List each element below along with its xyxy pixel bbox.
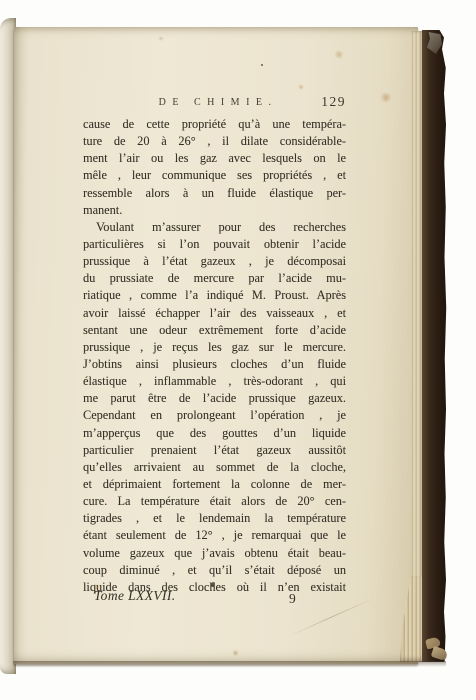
text-line: cure. La température était alors de 20° … [83, 493, 346, 510]
text-line: m’apperçus que des gouttes d’un liquide [83, 425, 346, 442]
clasp-remnant [424, 636, 448, 662]
text-line: qu’elles arrivaient au sommet de la cloc… [83, 459, 346, 476]
running-title: DE CHIMIE. [159, 97, 278, 108]
text-line: particulières si l’on pouvait obtenir l’… [83, 236, 346, 253]
text-line: élastique , inflammable , très-odorant ,… [83, 373, 346, 390]
text-line: Voulant m’assurer pour des recherches [83, 219, 346, 236]
page-header: DE CHIMIE. 129 [83, 97, 346, 113]
text-line: mêle , leur communique ses propriétés , … [83, 167, 346, 184]
text-line: coup diminué , et qu’il s’était déposé u… [83, 562, 346, 579]
text-line: prussique à l’état gazeux , je décomposa… [83, 253, 346, 270]
page-number: 129 [321, 94, 346, 110]
text-line: ment l’air ou les gaz avec lesquels on l… [83, 150, 346, 167]
foxing-spot [93, 584, 101, 591]
text-line: J’obtins ainsi plusieurs cloches d’un fl… [83, 356, 346, 373]
page-shadow [13, 661, 446, 667]
text-line: tigrades , et le lendemain la températur… [83, 510, 346, 527]
text-line: riatique , comme l’a indiqué M. Proust. … [83, 287, 346, 304]
signature-number: 9 [289, 591, 296, 607]
text-line: particulier prenaient l’état gazeux auss… [83, 442, 346, 459]
page-footer: Tome LXXVII. 9 [83, 588, 346, 608]
foxing-spot [158, 36, 164, 41]
text-line: avoir laissé échapper l’air des vaisseau… [83, 305, 346, 322]
text-line: sentant une odeur extrêmement forte d’ac… [83, 322, 346, 339]
text-line: prussique , je reçus les gaz sur le merc… [83, 339, 346, 356]
book-photo: DE CHIMIE. 129 cause de cette propriété … [0, 0, 476, 700]
text-line: volume gazeux que j’avais obtenu était b… [83, 545, 346, 562]
text-line: et déprimaient fortement la colonne de m… [83, 476, 346, 493]
text-block: cause de cette propriété qu’à une tempér… [83, 116, 346, 596]
foxing-spot [298, 84, 304, 90]
volume-label: Tome LXXVII. [94, 588, 176, 604]
book-cover-edge [422, 30, 447, 662]
text-line: ressemble alors à un fluide élastique pe… [83, 185, 346, 202]
foxing-spot [334, 50, 344, 59]
text-line: Cependant en prolongeant l’opération , j… [83, 407, 346, 424]
text-line: étant seulement de 12° , je remarquai qu… [83, 527, 346, 544]
clasp-fragment [431, 646, 449, 661]
text-line: me parut être de l’acide prussique gazeu… [83, 390, 346, 407]
foxing-spot [380, 92, 392, 103]
foxing-spot [232, 650, 239, 656]
text-line: du prussiate de mercure par l’acide mu- [83, 270, 346, 287]
text-line: manent. [83, 202, 346, 219]
text-line: ture de 20 à 26° , il dilate considérabl… [83, 133, 346, 150]
ink-speck [261, 64, 263, 66]
book-page: DE CHIMIE. 129 cause de cette propriété … [14, 27, 418, 664]
text-line: cause de cette propriété qu’à une tempér… [83, 116, 346, 133]
